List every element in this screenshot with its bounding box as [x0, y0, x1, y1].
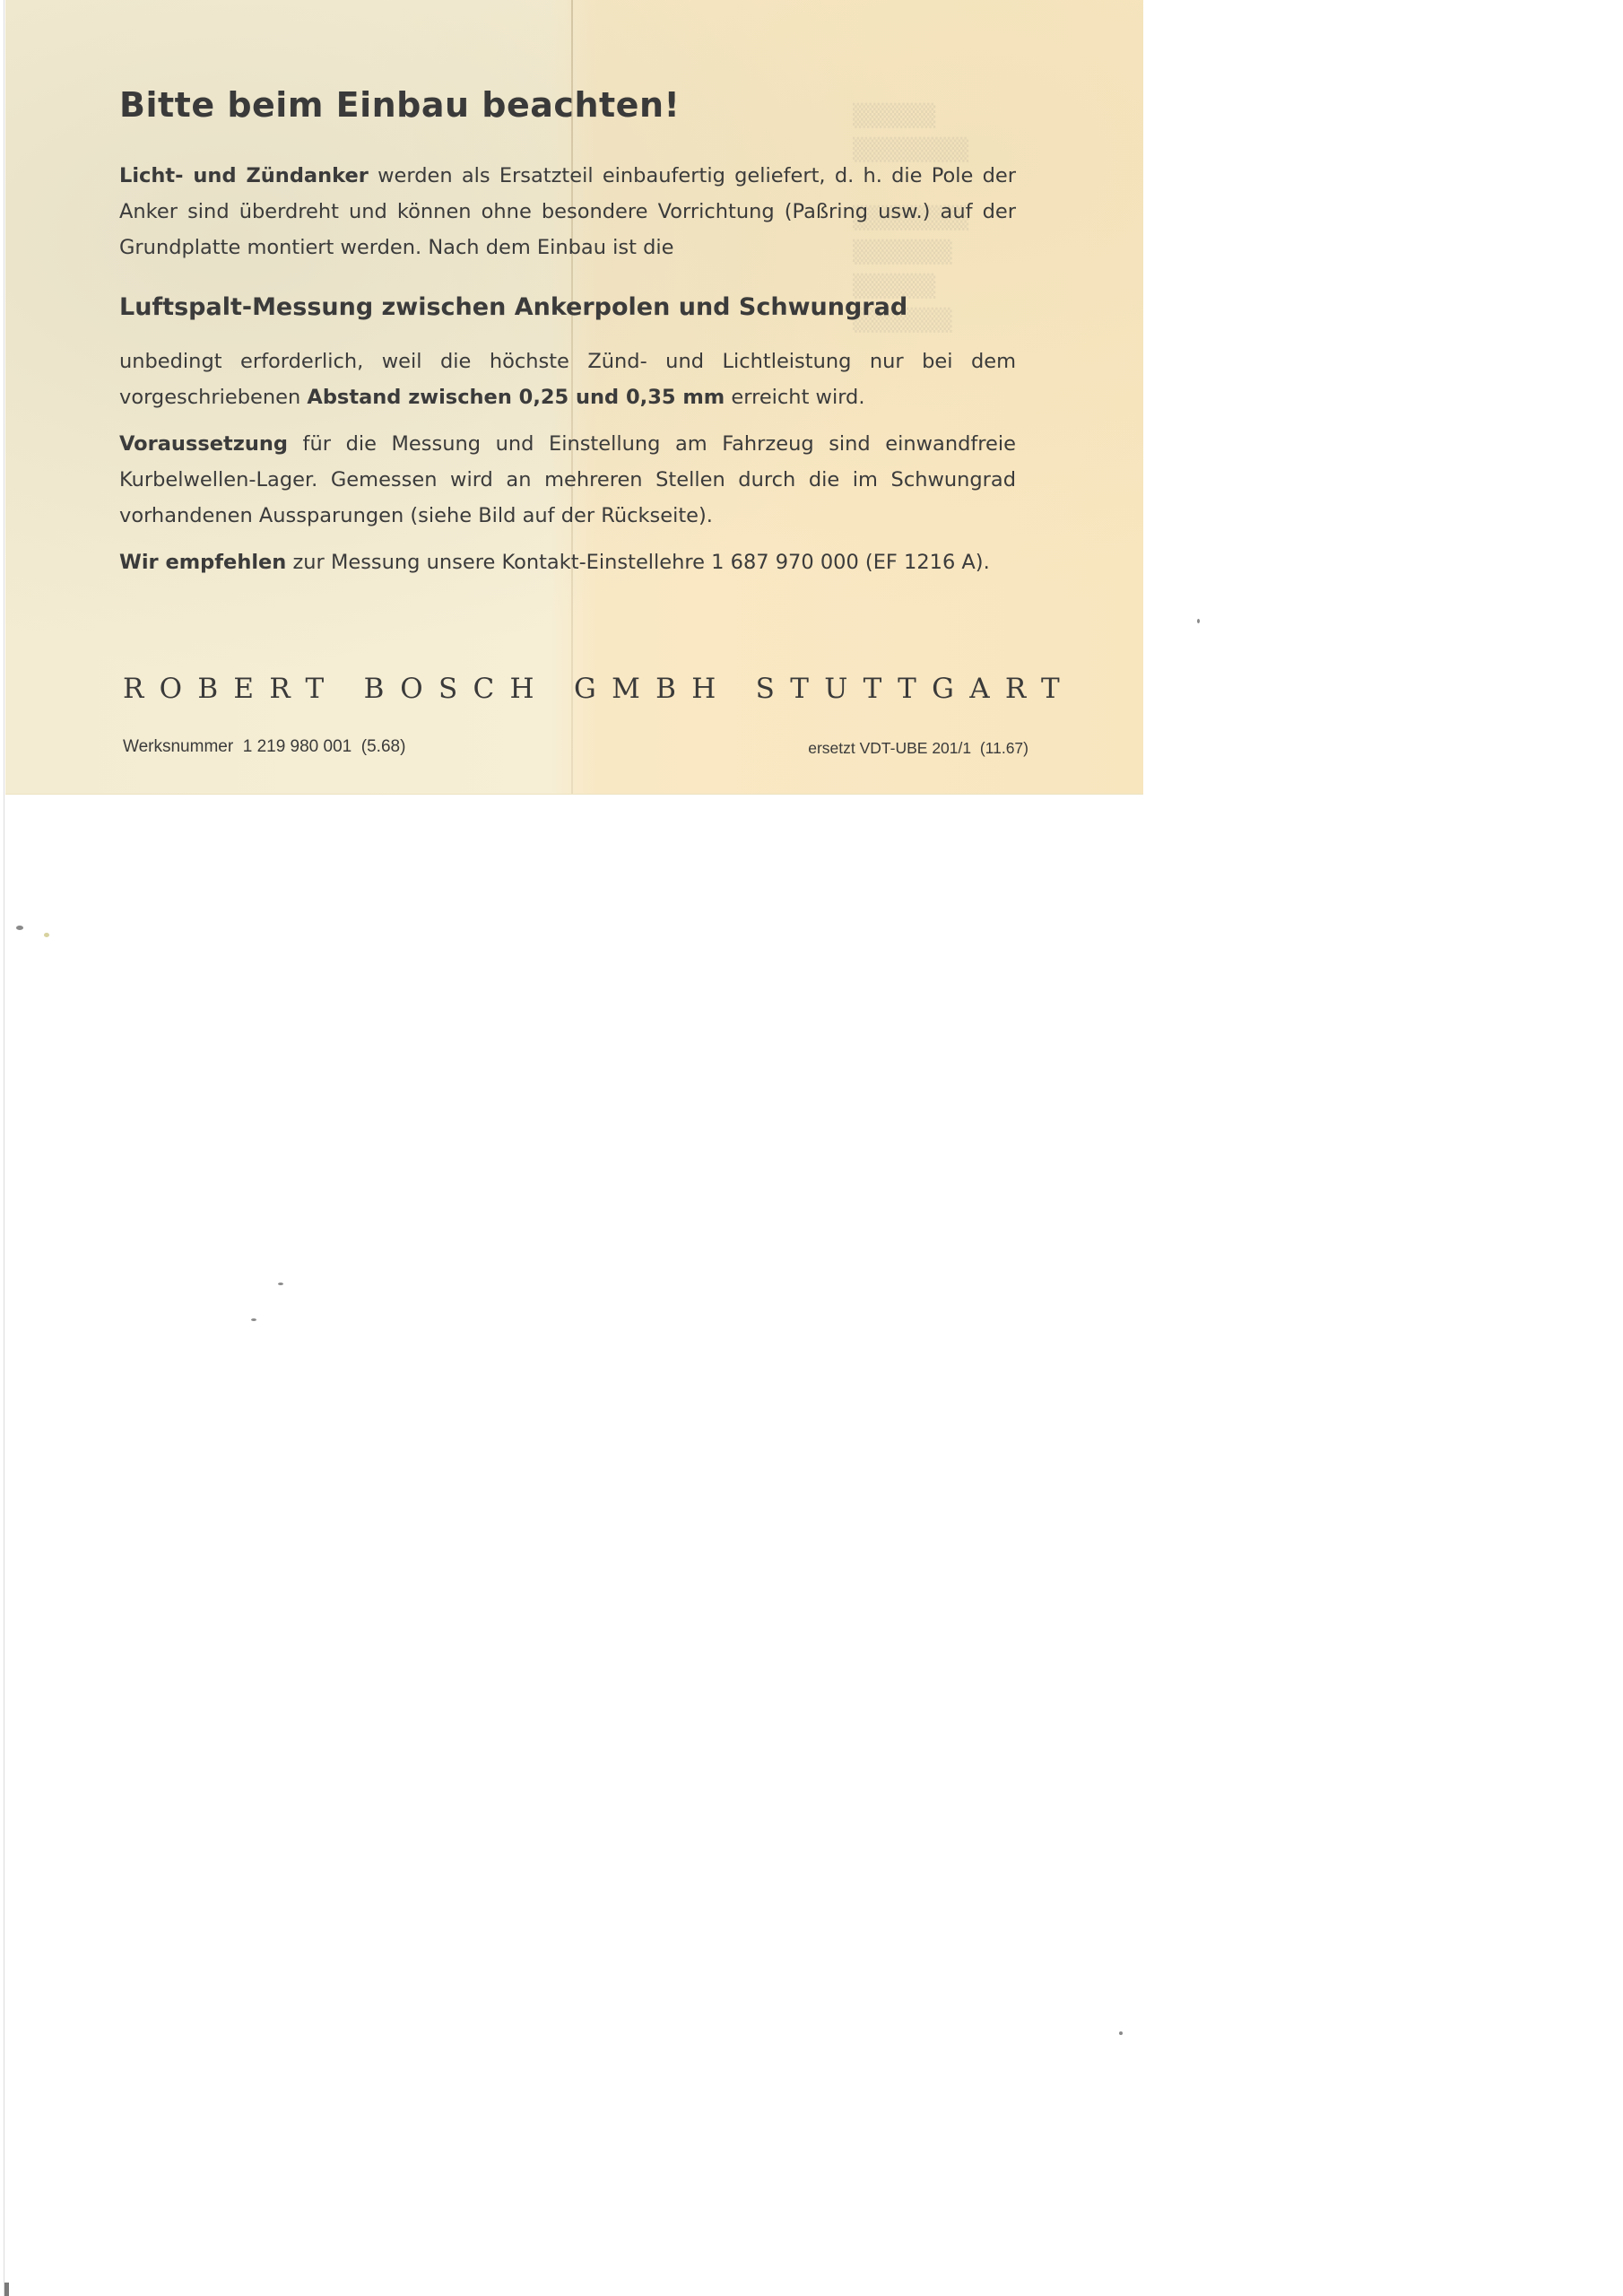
leaflet-title: Bitte beim Einbau beachten!	[119, 85, 680, 125]
replaces-note: ersetzt VDT-UBE 201/1 (11.67)	[808, 739, 1028, 758]
paragraph-recommendation: Wir empfehlen zur Messung unsere Kontakt…	[119, 544, 1016, 580]
scan-speck	[278, 1283, 283, 1285]
scanned-leaflet: ▒▒▒▒▒▒▒▒▒▒▒▒▒▒▒▒▒▒▒▒▒▒▒▒▒▒▒▒▒▒▒▒▒▒▒▒ Bit…	[5, 0, 1143, 794]
scan-speck	[1197, 619, 1200, 623]
werksnummer: Werksnummer 1 219 980 001 (5.68)	[123, 737, 405, 757]
scan-speck	[251, 1318, 256, 1321]
paragraph-text: zur Messung unsere Kontakt-Einstellehre …	[286, 551, 989, 574]
paragraph-text: erreicht wird.	[725, 386, 864, 409]
scan-speck	[16, 926, 23, 930]
bold-lead: Wir empfehlen	[119, 551, 286, 574]
scan-speck	[1119, 2031, 1123, 2035]
gap-spec: Abstand zwischen 0,25 und 0,35 mm	[307, 386, 725, 409]
subheading-air-gap: Luftspalt-Messung zwischen Ankerpolen un…	[119, 293, 907, 321]
scan-edge-line	[4, 0, 4, 2296]
scan-corner-mark	[4, 2283, 9, 2296]
company-name: ROBERT BOSCH GMBH STUTTGART	[123, 673, 1028, 705]
paragraph-prerequisite: Voraussetzung für die Messung und Einste…	[119, 426, 1016, 534]
paragraph-installation: Licht- und Zündanker werden als Ersatzte…	[119, 158, 1016, 265]
paragraph-requirement: unbedingt erforderlich, weil die höchste…	[119, 344, 1016, 415]
scan-speck	[44, 933, 49, 937]
bold-lead: Licht- und Zündanker	[119, 164, 369, 187]
bold-lead: Voraussetzung	[119, 432, 288, 456]
